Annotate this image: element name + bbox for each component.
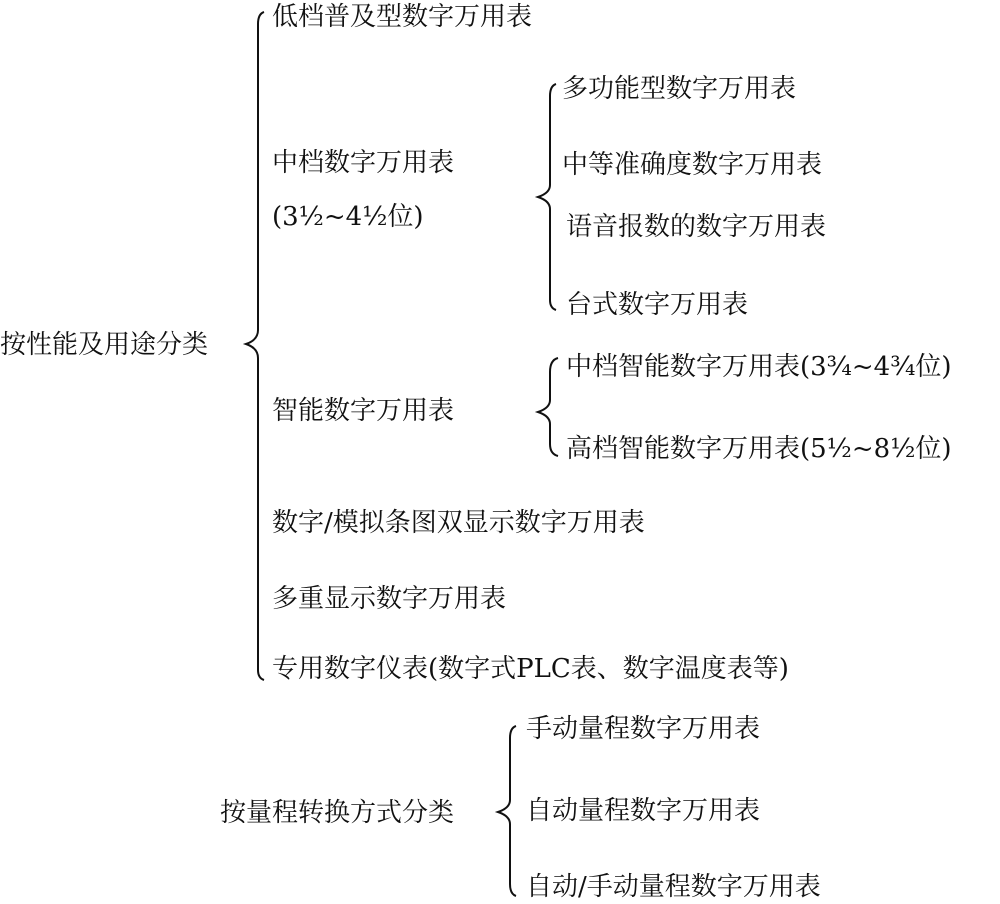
node-manual-range: 手动量程数字万用表: [526, 714, 760, 744]
node-auto-manual-range: 自动/手动量程数字万用表: [526, 872, 821, 902]
node-mid-grade-digits: (3½~4½位): [272, 202, 424, 232]
node-smart-high: 高档智能数字万用表(5½~8½位): [566, 434, 952, 464]
node-low-grade: 低档普及型数字万用表: [272, 2, 532, 32]
root-range-switching: 按量程转换方式分类: [220, 798, 454, 828]
node-mid-grade: 中档数字万用表: [272, 148, 454, 178]
node-smart: 智能数字万用表: [272, 396, 454, 426]
node-medium-accuracy: 中等准确度数字万用表: [562, 150, 822, 180]
node-multifunction: 多功能型数字万用表: [562, 74, 796, 104]
node-multi-display: 多重显示数字万用表: [272, 584, 506, 614]
root-performance-usage: 按性能及用途分类: [0, 330, 208, 360]
node-smart-mid: 中档智能数字万用表(3¾~4¾位): [566, 352, 952, 382]
node-dual-display: 数字/模拟条图双显示数字万用表: [272, 508, 645, 538]
node-special-purpose: 专用数字仪表(数字式PLC表、数字温度表等): [272, 654, 789, 684]
node-auto-range: 自动量程数字万用表: [526, 796, 760, 826]
node-voice-report: 语音报数的数字万用表: [566, 212, 826, 242]
node-desktop: 台式数字万用表: [566, 290, 748, 320]
